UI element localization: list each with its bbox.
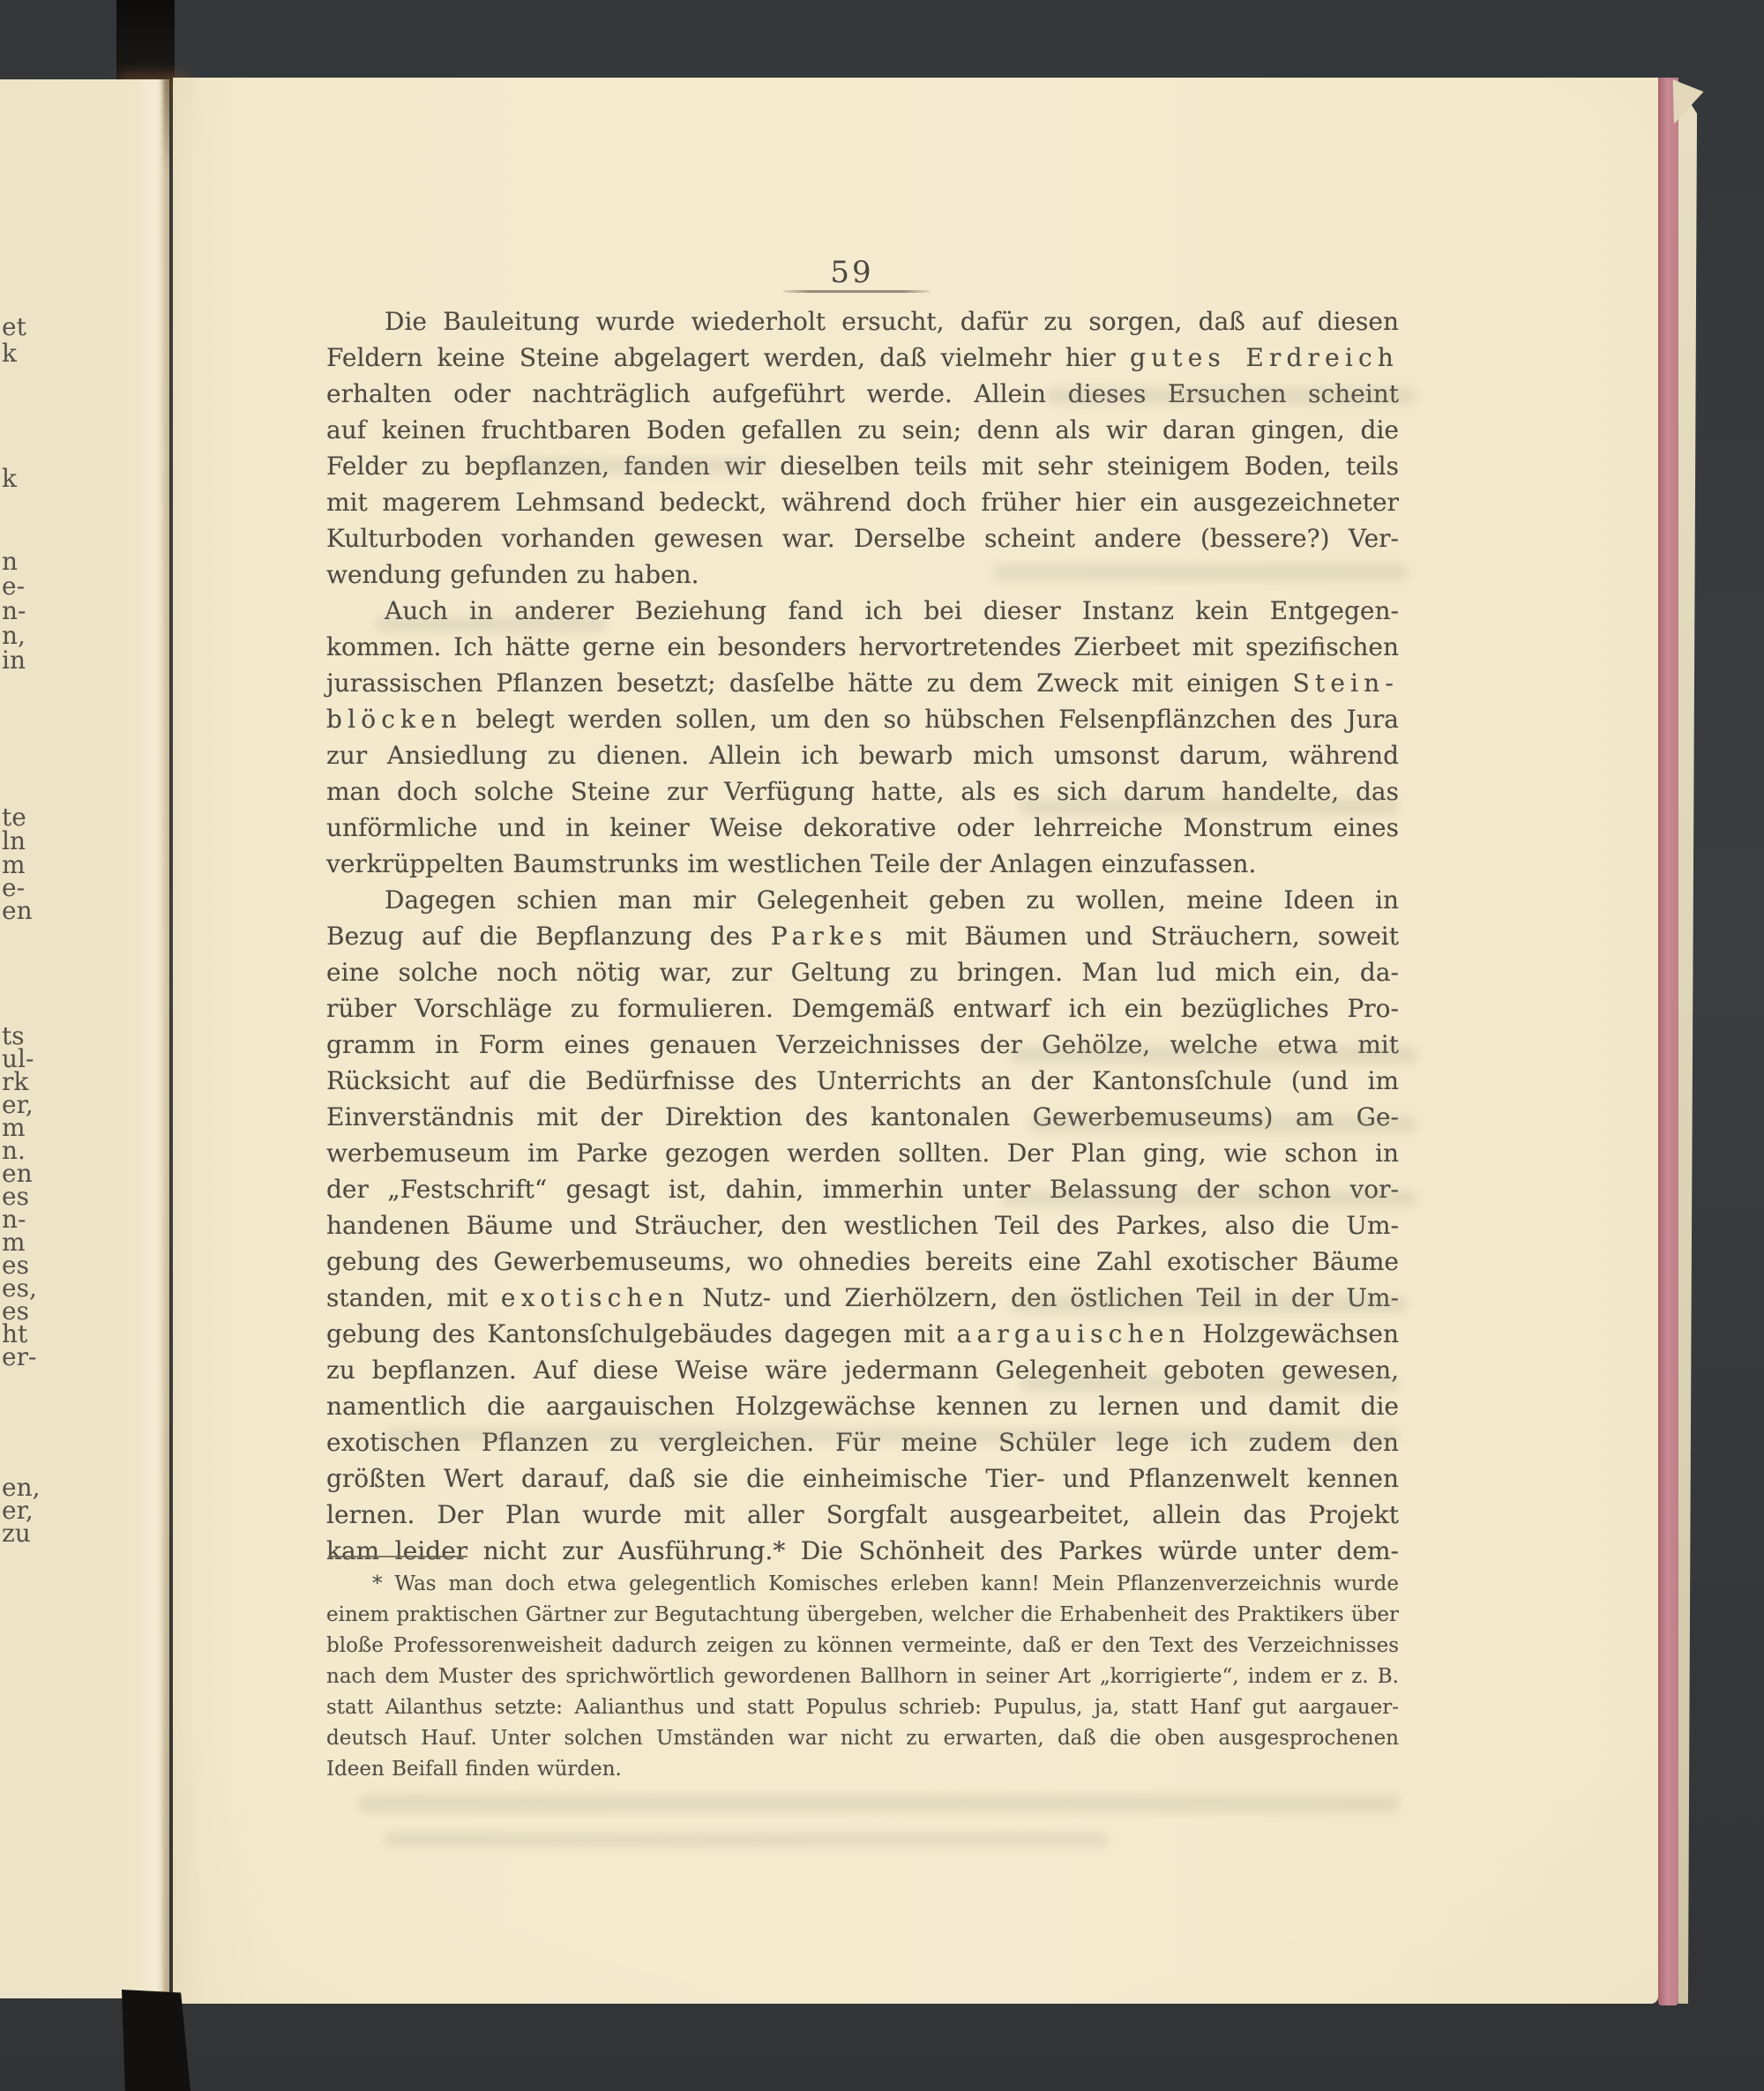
body-text-line: eine solche noch nötig war, zur Geltung … (326, 954, 1399, 990)
body-text-line: rüber Vorschläge zu formulieren. Demgemä… (326, 990, 1399, 1027)
text-segment: Holzgewächsen (1191, 1319, 1399, 1348)
text-segment: jurassischen Pflanzen besetzt; dasſelbe … (326, 668, 1293, 698)
bleedthrough-ghost (499, 459, 764, 473)
text-segment: Dagegen schien man mir Gelegenheit geben… (385, 885, 1399, 915)
bleedthrough-ghost (376, 617, 605, 631)
body-text-line: kommen. Ich hätte gerne ein besonders he… (326, 629, 1399, 665)
facing-page-text-fragment: in (2, 647, 26, 674)
body-text-line: größten Wert darauf, daß sie die einheim… (326, 1460, 1399, 1497)
body-text-line: Felder zu bepflanzen, fanden wir dieselb… (326, 448, 1399, 484)
body-text-line: Rücksicht auf die Bedürfnisse des Unterr… (326, 1063, 1399, 1099)
body-text-line: gebung des Kantonsſchulgebäudes dagegen … (326, 1316, 1399, 1352)
text-segment: mit Bäumen und Sträuchern, soweit (887, 922, 1399, 951)
facing-page-text-fragment: en (2, 898, 33, 924)
letterspaced-text: Parkes (771, 922, 888, 951)
text-segment: verkrüppelten Baumstrunks im westlichen … (326, 849, 1256, 878)
body-text-line: Bezug auf die Bepflanzung des Parkes mit… (326, 918, 1399, 954)
text-segment: rüber Vorschläge zu formulieren. Demgemä… (326, 994, 1399, 1023)
body-text-line: lernen. Der Plan wurde mit aller Sorgfal… (326, 1497, 1399, 1533)
body-text-line: Kulturboden vorhanden gewesen war. Derse… (326, 520, 1399, 556)
body-text-line: kam leider nicht zur Ausführung.* Die Sc… (326, 1533, 1399, 1569)
body-text-line: Feldern keine Steine abgelagert werden, … (326, 340, 1399, 376)
footnote: * Was man doch etwa gelegentlich Komisch… (326, 1569, 1399, 1785)
body-text-line: Dagegen schien man mir Gelegenheit geben… (326, 882, 1399, 918)
bookmark-ribbon-bottom (122, 1990, 191, 2091)
text-segment: auf keinen fruchtbaren Boden gefallen zu… (326, 415, 1399, 444)
body-text-line: unförmliche und in keiner Weise dekorati… (326, 810, 1399, 846)
text-segment: wendung gefunden zu haben. (326, 560, 699, 589)
text-segment: eine solche noch nötig war, zur Geltung … (326, 958, 1399, 987)
footnote-text-line: * Was man doch etwa gelegentlich Komisch… (326, 1569, 1399, 1600)
facing-page-text-fragment: k (2, 466, 17, 492)
text-segment: namentlich die aargauischen Holzgewächse… (326, 1392, 1399, 1421)
text-segment: lernen. Der Plan wurde mit aller Sorgfal… (326, 1500, 1399, 1529)
bleedthrough-ghost (1020, 799, 1399, 815)
bleedthrough-ghost (1011, 1046, 1416, 1064)
footnote-text-line: statt Ailanthus setzte: Aalianthus und s… (326, 1692, 1399, 1723)
text-segment: zur Ansiedlung zu dienen. Allein ich bew… (326, 741, 1399, 770)
bleedthrough-ghost (385, 1429, 1399, 1443)
bleedthrough-ghost (1011, 1296, 1408, 1312)
footnote-text-line: Ideen Beifall finden würden. (326, 1754, 1399, 1785)
text-segment: handenen Bäume und Sträucher, den westli… (326, 1211, 1399, 1240)
body-text-line: gebung des Gewerbemuseums, wo ohnedies b… (326, 1243, 1399, 1280)
text-segment: Kulturboden vorhanden gewesen war. Derse… (326, 524, 1399, 553)
bleedthrough-ghost (385, 1833, 1108, 1847)
text-segment: belegt werden sollen, um den so hübschen… (462, 705, 1399, 734)
body-text-line: verkrüppelten Baumstrunks im westlichen … (326, 846, 1399, 882)
letterspaced-text: aargauischen (957, 1319, 1191, 1348)
letterspaced-text: gutes Erdreich (1130, 343, 1399, 372)
facing-page-text-fragment: k (2, 340, 17, 367)
body-text-line: handenen Bäume und Sträucher, den westli… (326, 1207, 1399, 1243)
previous-page-edge: etkkne-n-n,intelnme-entsul-rker,mn.enesn… (0, 79, 169, 1998)
body-text-line: auf keinen fruchtbaren Boden gefallen zu… (326, 412, 1399, 448)
footnote-text-line: nach dem Muster des sprichwörtlich gewor… (326, 1662, 1399, 1692)
book-page: 59 Die Bauleitung wurde wiederholt ersuc… (173, 78, 1658, 2004)
body-text-line: Die Bauleitung wurde wiederholt ersucht,… (326, 303, 1399, 340)
body-text-line: namentlich die aargauischen Holzgewächse… (326, 1388, 1399, 1424)
text-segment: gebung des Kantonsſchulgebäudes dagegen … (326, 1319, 957, 1348)
page-number: 59 (702, 255, 1002, 290)
text-segment: kommen. Ich hätte gerne ein besonders he… (326, 632, 1399, 661)
footnote-text-line: deutsch Hauf. Unter solchen Umständen wa… (326, 1723, 1399, 1754)
footnote-text-line: einem praktischen Gärtner zur Begutachtu… (326, 1600, 1399, 1631)
bleedthrough-ghost (993, 564, 1408, 580)
bleedthrough-ghost (1028, 1116, 1416, 1132)
letterspaced-text: blöcken (326, 705, 462, 734)
text-segment: mit magerem Lehmsand bedeckt, während do… (326, 488, 1399, 517)
facing-page-text-fragment: er- (2, 1344, 36, 1370)
underlying-page-edge (1678, 85, 1697, 2004)
text-segment: gebung des Gewerbemuseums, wo ohnedies b… (326, 1247, 1399, 1276)
page-number-rule (783, 290, 930, 293)
body-text-line: zur Ansiedlung zu dienen. Allein ich bew… (326, 737, 1399, 773)
body-text-line: werbemuseum im Parke gezogen werden soll… (326, 1135, 1399, 1171)
bleedthrough-ghost (1002, 1191, 1416, 1206)
text-segment: Rücksicht auf die Bedürfnisse des Unterr… (326, 1066, 1399, 1095)
text-segment: Die Bauleitung wurde wiederholt ersucht,… (385, 307, 1399, 336)
bleedthrough-ghost (1046, 388, 1416, 404)
letterspaced-text: exotischen (501, 1283, 690, 1312)
body-text-line: mit magerem Lehmsand bedeckt, während do… (326, 484, 1399, 520)
letterspaced-text: Stein- (1293, 668, 1399, 698)
body-text-line: blöcken belegt werden sollen, um den so … (326, 701, 1399, 737)
facing-page-text-fragment: et (2, 314, 26, 340)
book-scan: etkkne-n-n,intelnme-entsul-rker,mn.enesn… (0, 0, 1764, 2091)
body-text-line: jurassischen Pflanzen besetzt; dasſelbe … (326, 665, 1399, 701)
footnote-separator-rule (328, 1556, 467, 1557)
text-segment: Feldern keine Steine abgelagert werden, … (326, 343, 1130, 372)
text-segment: Felder zu bepflanzen, fanden wir dieselb… (326, 452, 1399, 481)
text-segment: unförmliche und in keiner Weise dekorati… (326, 813, 1399, 842)
facing-page-text-fragment: zu (2, 1520, 31, 1547)
page-red-fore-edge (1658, 78, 1678, 2005)
text-segment: standen, mit (326, 1283, 501, 1312)
text-segment: größten Wert darauf, daß sie die einheim… (326, 1464, 1399, 1493)
text-segment: Bezug auf die Bepflanzung des (326, 922, 771, 951)
footnote-text-line: bloße Professorenweisheit dadurch zeigen… (326, 1631, 1399, 1662)
text-segment: werbemuseum im Parke gezogen werden soll… (326, 1139, 1399, 1168)
text-segment: kam leider nicht zur Ausführung.* Die Sc… (326, 1536, 1399, 1565)
bleedthrough-ghost (358, 1795, 1399, 1812)
bleedthrough-ghost (1020, 1376, 1399, 1392)
